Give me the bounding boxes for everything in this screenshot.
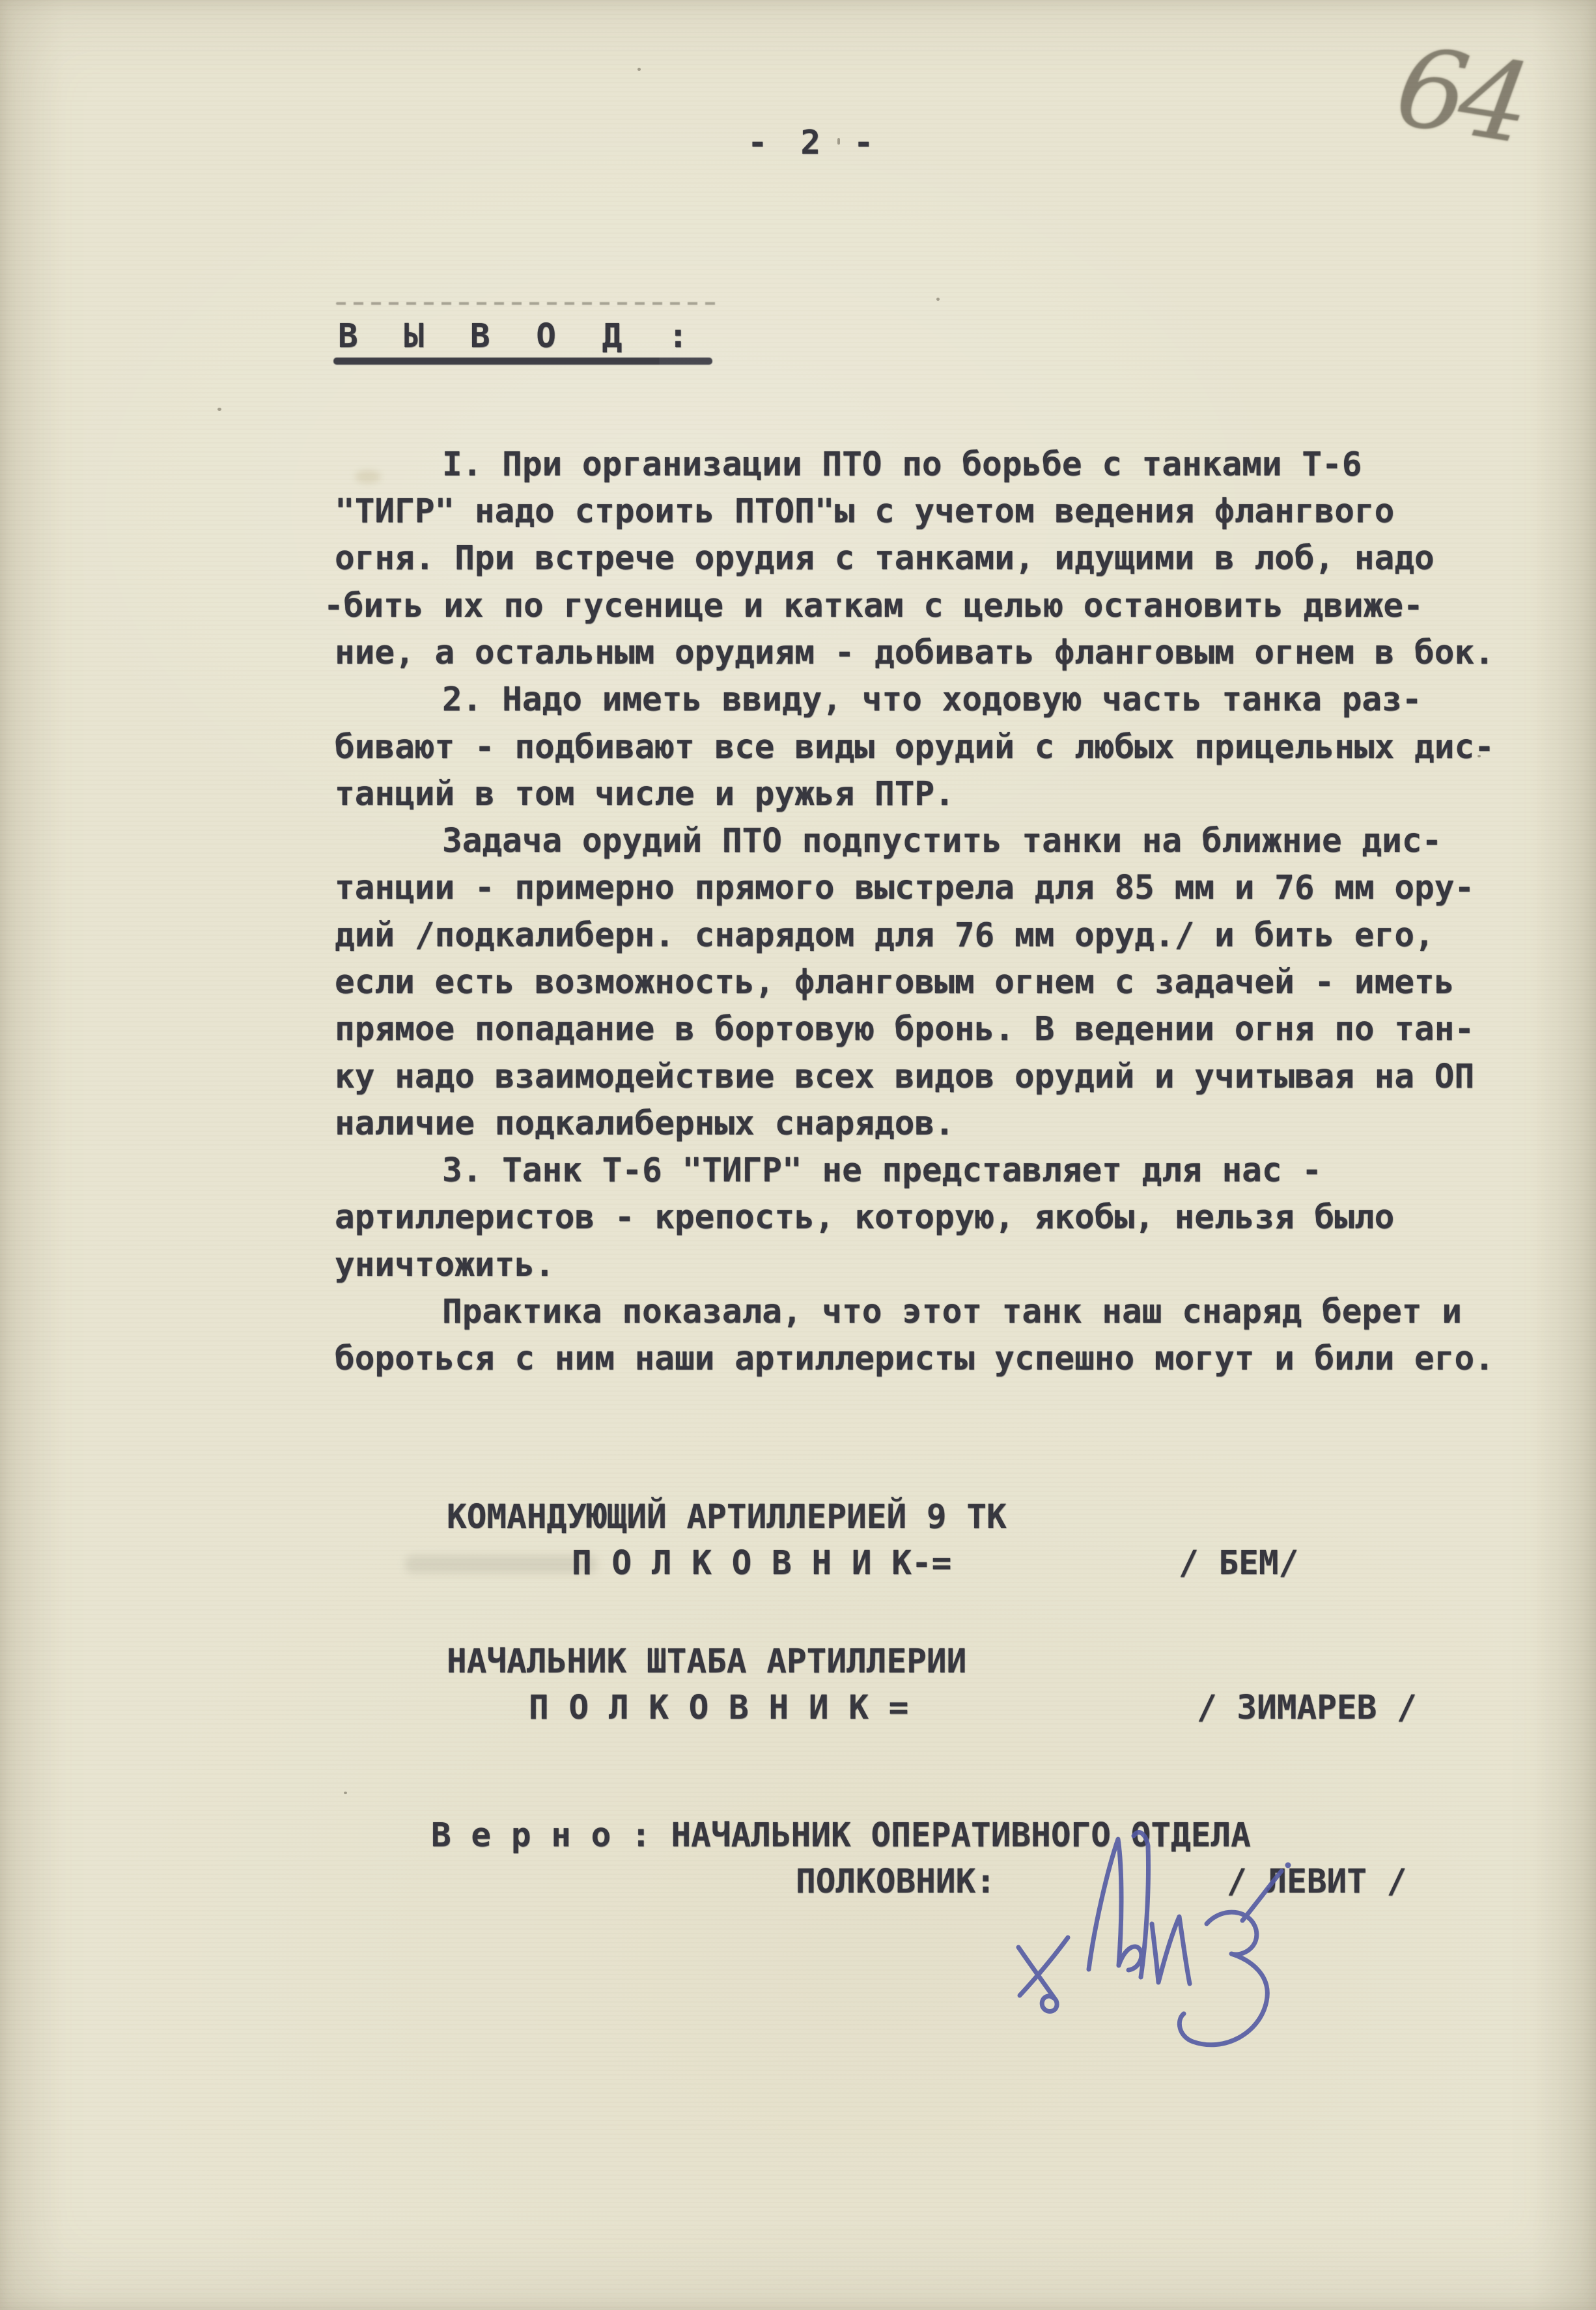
paper-speck: [548, 704, 551, 707]
paper-speck: [936, 298, 940, 301]
signer-title: КОМАНДУЮЩИЙ АРТИЛЛЕРИЕЙ 9 ТК: [447, 1498, 1007, 1536]
body-line: прямое попадание в бортовую бронь. В вед…: [335, 1010, 1474, 1049]
handwritten-signature: [964, 1786, 1328, 2092]
body-line: Задача орудий ПТО подпустить танки на бл…: [442, 822, 1442, 860]
body-line: если есть возможность, фланговым огнем с…: [335, 963, 1454, 1002]
signer-name: / ЗИМАРЕВ /: [1197, 1689, 1417, 1727]
body-line: I. При организации ПТО по борьбе с танка…: [442, 445, 1362, 484]
body-line: 3. Танк Т-6 "ТИГР" не представляет для н…: [442, 1151, 1322, 1190]
paper-speck: [1477, 755, 1481, 757]
paper-stain: [355, 470, 381, 483]
body-line: ние, а остальным орудиям - добивать флан…: [335, 634, 1494, 672]
paper-speck: [837, 138, 840, 145]
signer-rank: П О Л К О В Н И К-=: [572, 1544, 951, 1583]
body-line: Практика показала, что этот танк наш сна…: [442, 1293, 1462, 1331]
paper-speck: [344, 1792, 347, 1794]
body-line: наличие подкалиберных снарядов.: [335, 1105, 955, 1143]
body-line: дий /подкалиберн. снарядом для 76 мм ору…: [335, 916, 1435, 955]
ink-smudge: [405, 1555, 597, 1573]
body-line: артиллеристов - крепость, которую, якобы…: [335, 1198, 1394, 1237]
body-line: 2. Надо иметь ввиду, что ходовую часть т…: [442, 681, 1422, 719]
body-line: -бить их по гусенице и каткам с целью ос…: [324, 587, 1423, 625]
heading-dotted-line: [336, 302, 716, 305]
paper-speck: [677, 1138, 680, 1140]
body-line: бивают - подбивают все виды орудий с люб…: [335, 728, 1494, 767]
signer-title: НАЧАЛЬНИК ШТАБА АРТИЛЛЕРИИ: [447, 1642, 966, 1681]
signer-rank: П О Л К О В Н И К =: [529, 1689, 908, 1727]
paper-speck: [637, 68, 641, 71]
heading-underline: [333, 358, 712, 365]
paper-speck: [217, 408, 221, 411]
body-line: танций в том числе и ружья ПТР.: [335, 775, 955, 813]
body-line: "ТИГР" надо строить ПТОП"ы с учетом веде…: [335, 492, 1394, 531]
document-page: 64 - 2 - В Ы В О Д : I. При организации …: [0, 0, 1596, 2310]
body-line: огня. При встрече орудия с танками, идущ…: [335, 539, 1435, 578]
body-line: танции - примерно прямого выстрела для 8…: [335, 869, 1474, 907]
body-line: бороться с ним наши артиллеристы успешно…: [335, 1340, 1494, 1378]
body-line: ку надо взаимодействие всех видов орудий…: [335, 1058, 1474, 1096]
page-number: - 2 -: [748, 124, 880, 162]
conclusion-heading: В Ы В О Д :: [338, 317, 701, 356]
folio-number-handwritten: 64: [1388, 22, 1533, 168]
signer-name: / БЕМ/: [1179, 1544, 1298, 1583]
body-line: уничтожить.: [335, 1246, 555, 1284]
